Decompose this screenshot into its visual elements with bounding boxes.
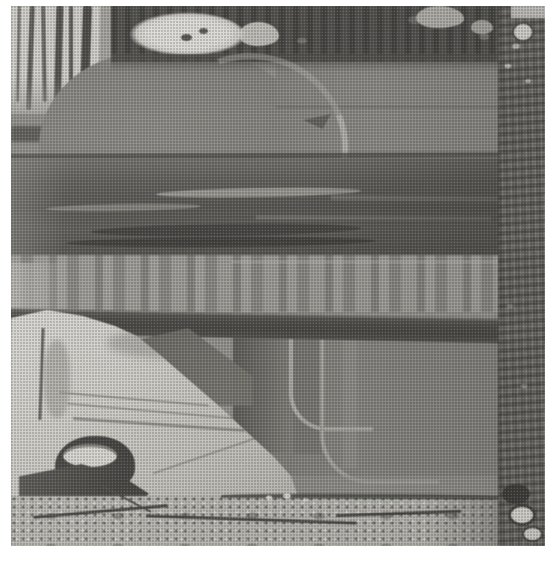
page-background <box>0 0 560 563</box>
halftone-photo <box>11 6 545 546</box>
tone-balance-overlay <box>11 6 545 546</box>
photo-scene <box>11 6 545 546</box>
